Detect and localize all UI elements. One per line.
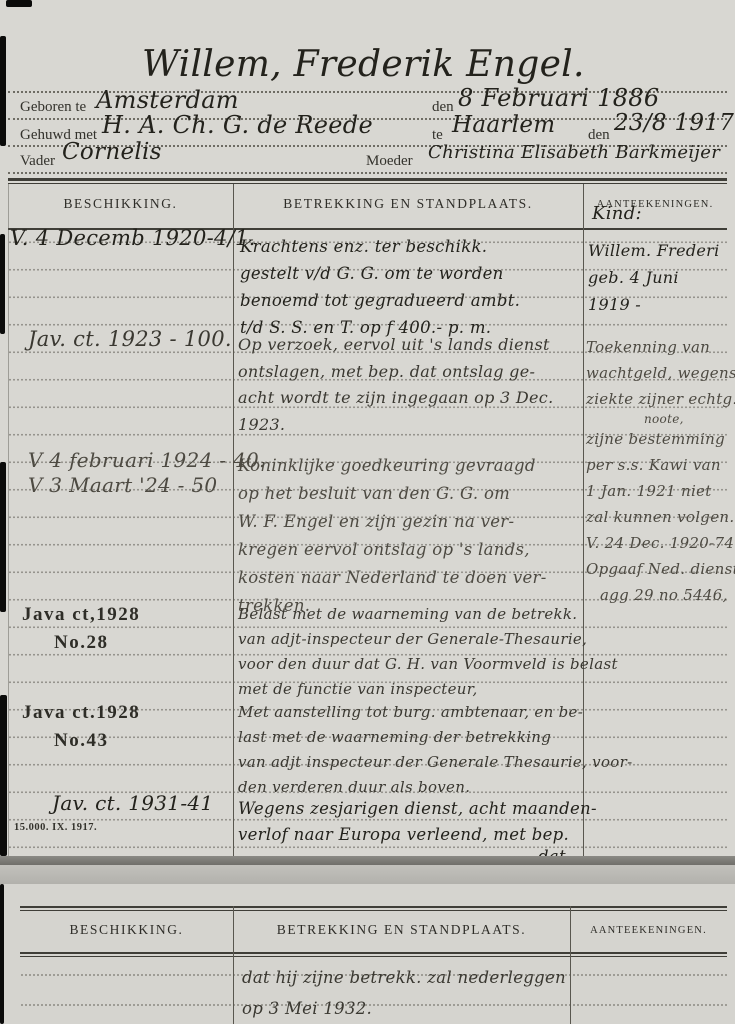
entry1-aanteekeningen: Willem. Frederi geb. 4 Juni 1919 - bbox=[588, 237, 720, 318]
double-rule-top bbox=[8, 178, 727, 181]
card-edge-shadow bbox=[0, 856, 735, 865]
field-marriage-date: 23/8 1917 bbox=[614, 110, 734, 136]
double-rule-bottom bbox=[8, 183, 727, 184]
field-geboren-value: Amsterdam bbox=[96, 86, 239, 114]
field-mother-value: Christina Elisabeth Barkmeijer bbox=[428, 142, 720, 163]
entry4-beschikking-stamp: Java ct,1928 No.28 bbox=[22, 601, 140, 657]
field-marriage-place: Haarlem bbox=[452, 112, 555, 138]
entry3-beschikking: V 4 februari 1924 - 40. V 3 Maart '24 - … bbox=[28, 448, 266, 498]
person-name: Willem, Frederik Engel. bbox=[142, 44, 585, 85]
column-header-beschikking: BESCHIKKING. bbox=[8, 196, 233, 212]
header-underline-rule bbox=[20, 952, 727, 954]
field-spouse-value: H. A. Ch. G. de Reede bbox=[102, 111, 373, 139]
entry6-beschikking: Jav. ct. 1931-41 bbox=[52, 791, 213, 815]
column-header-beschikking: BESCHIKKING. bbox=[20, 922, 233, 938]
field-den1-label: den bbox=[432, 99, 454, 116]
record-card-continuation: BESCHIKKING. BETREKKING EN STANDPLAATS. … bbox=[0, 884, 735, 1024]
entry2-aanteekeningen: Toekenning van wachtgeld, wegens ziekte … bbox=[586, 334, 735, 608]
scanned-record-card-page: Willem, Frederik Engel. Geboren te Amste… bbox=[0, 0, 735, 1024]
column-header-betrekking: BETREKKING EN STANDPLAATS. bbox=[233, 922, 570, 938]
continuation-entry: dat hij zijne betrekk. zal nederleggen o… bbox=[242, 962, 566, 1024]
field-vader-label: Vader bbox=[20, 153, 55, 170]
header-underline-rule-2 bbox=[20, 956, 727, 957]
column-header-betrekking: BETREKKING EN STANDPLAATS. bbox=[233, 196, 583, 212]
note-kind-heading: Kind: bbox=[592, 203, 642, 224]
double-rule-bottom bbox=[20, 910, 727, 911]
scan-artifact bbox=[0, 695, 7, 856]
entry4-betrekking: Belast met de waarneming van de betrekk.… bbox=[238, 602, 618, 702]
scan-artifact bbox=[0, 36, 6, 146]
column-divider-1 bbox=[233, 906, 234, 1024]
record-card-front: Willem, Frederik Engel. Geboren te Amste… bbox=[0, 0, 735, 858]
ruled-line bbox=[8, 172, 727, 174]
card-gap-band bbox=[0, 865, 735, 884]
scan-artifact bbox=[0, 884, 4, 1024]
field-birthdate-value: 8 Februari 1886 bbox=[458, 84, 659, 112]
scan-artifact bbox=[0, 234, 5, 334]
scan-artifact bbox=[0, 462, 6, 612]
double-rule-top bbox=[20, 906, 727, 908]
entry2-beschikking: Jav. ct. 1923 - 100. bbox=[28, 327, 232, 351]
print-imprint: 15.000. IX. 1917. bbox=[14, 822, 97, 833]
entry2-betrekking: Op verzoek, eervol uit 's lands dienst o… bbox=[238, 332, 553, 438]
field-geboren-label: Geboren te bbox=[20, 99, 86, 116]
column-divider-1 bbox=[233, 184, 234, 856]
entry3-betrekking: Koninklijke goedkeuring gevraagd op het … bbox=[238, 452, 547, 620]
field-moeder-label: Moeder bbox=[366, 153, 413, 170]
entry1-betrekking: Krachtens enz. ter beschikk. gestelt v/d… bbox=[240, 233, 520, 341]
entry5-betrekking: Met aanstelling tot burg. ambtenaar, en … bbox=[238, 700, 632, 800]
scan-artifact bbox=[6, 0, 32, 7]
field-father-value: Cornelis bbox=[62, 139, 162, 165]
entry1-beschikking: V. 4 Decemb 1920-4/1. bbox=[10, 226, 256, 250]
entry5-beschikking-stamp: Java ct.1928 No.43 bbox=[22, 699, 140, 755]
table-left-border bbox=[8, 184, 9, 856]
column-divider-2 bbox=[570, 906, 571, 1024]
column-header-aanteekeningen: AANTEEKENINGEN. bbox=[570, 925, 727, 936]
